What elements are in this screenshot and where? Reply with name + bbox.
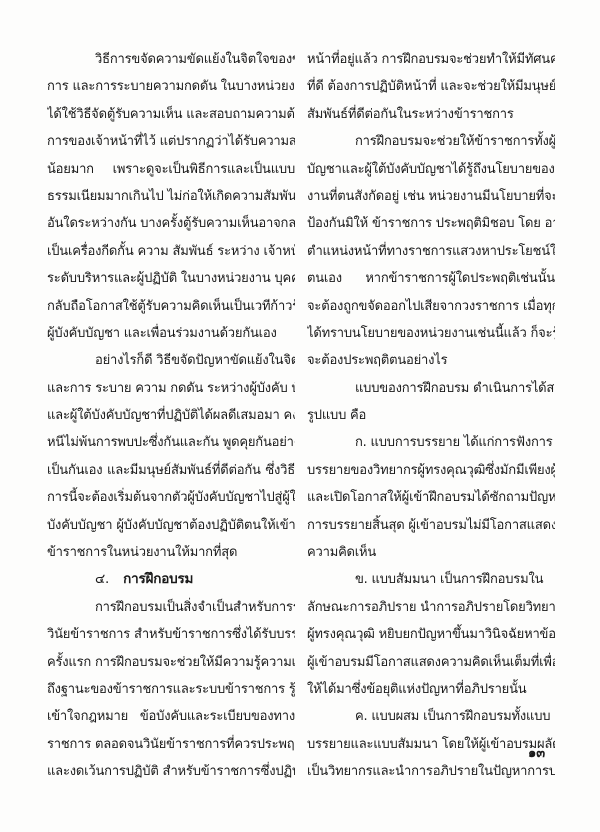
text-line: กลับถือโอกาสใช้ตู้รับความคิดเห็นเป็นเวที… [47, 293, 295, 320]
text-line: และการ ระบาย ความ กดดัน ระหว่างผู้บังคับ… [47, 375, 295, 402]
text-line: งานที่ตนสังกัดอยู่ เช่น หน่วยงานมีนโยบาย… [307, 183, 555, 210]
page-number: ๑๓ [528, 742, 545, 763]
text-line: ราชการ ตลอดจนวินัยข้าราชการที่ควรประพฤติ [47, 731, 295, 758]
text-line: สัมพันธ์ที่ดีต่อกันในระหว่างข้าราชการ [307, 101, 555, 128]
text-line: ผู้ทรงคุณวุฒิ หยิบยกปัญหาขึ้นมาวินิจฉัยห… [307, 621, 555, 648]
text-line: ป้องกันมิให้ ข้าราชการ ประพฤติมิชอบ โดย … [307, 210, 555, 237]
text-line: ก. แบบการบรรยาย ได้แก่การฟังการ [307, 429, 555, 456]
text-line: ผู้บังคับบัญชา และเพื่อนร่วมงานด้วยกันเอ… [47, 320, 295, 347]
text-line: และผู้ใต้บังคับบัญชาที่ปฏิบัติได้ผลดีเสม… [47, 402, 295, 429]
right-column: หน้าที่อยู่แล้ว การฝึกอบรมจะช่วยทำให้มีท… [307, 46, 555, 786]
text-line: ได้ใช้วิธีจัดตู้รับความเห็น และสอบถามควา… [47, 101, 295, 128]
section-number: ๔. [95, 571, 109, 587]
text-line: บังคับบัญชา ผู้บังคับบัญชาต้องปฏิบัติตนใ… [47, 512, 295, 539]
text-line: และงดเว้นการปฏิบัติ สำหรับข้าราชการซึ่งป… [47, 758, 295, 785]
text-line: ให้ได้มาซึ่งข้อยุติแห่งปัญหาที่อภิปรายนั… [307, 676, 555, 703]
text-line: การฝึกอบรมจะช่วยให้ข้าราชการทั้งผู้บังคั… [307, 128, 555, 155]
text-line: บัญชาและผู้ใต้บังคับบัญชาได้รู้ถึงนโยบาย… [307, 156, 555, 183]
text-line: เป็นกันเอง และมีมนุษย์สัมพันธ์ที่ดีต่อกั… [47, 457, 295, 484]
text-line: ลักษณะการอภิปราย นำการอภิปรายโดยวิทยากร [307, 594, 555, 621]
text-line: หน้าที่อยู่แล้ว การฝึกอบรมจะช่วยทำให้มีท… [307, 46, 555, 73]
text-line: รูปแบบ คือ [307, 402, 555, 429]
section-heading: ๔.การฝึกอบรม [47, 566, 295, 593]
text-line: ความคิดเห็น [307, 539, 555, 566]
text-line: เข้าใจกฎหมาย ข้อบังคับและระเบียบของทาง [47, 703, 295, 730]
text-line: อย่างไรก็ดี วิธีขจัดปัญหาขัดแย้งในจิตใจ [47, 347, 295, 374]
text-line: ระดับบริหารและผู้ปฏิบัติ ในบางหน่วยงาน บ… [47, 265, 295, 292]
text-line: อันใดระหว่างกัน บางครั้งตู้รับความเห็นอา… [47, 210, 295, 237]
text-line: การฝึกอบรมเป็นสิ่งจำเป็นสำหรับการรักษา [47, 594, 295, 621]
text-line: ธรรมเนียมมากเกินไป ไม่ก่อให้เกิดความสัมพ… [47, 183, 295, 210]
text-line: เป็นเครื่องกีดกั้น ความ สัมพันธ์ ระหว่าง… [47, 238, 295, 265]
text-line: แบบของการฝึกอบรม ดำเนินการได้สาม [307, 375, 555, 402]
text-line: การนี้จะต้องเริ่มต้นจากตัวผู้บังคับบัญชา… [47, 484, 295, 511]
text-line: หนีไม่พ้นการพบปะซึ่งกันและกัน พูดคุยกันอ… [47, 429, 295, 456]
document-page: วิธีการขจัดความขัดแย้งในจิตใจของข้าราช-ก… [0, 0, 600, 832]
text-line: ถึงฐานะของข้าราชการและระบบข้าราชการ รู้แ… [47, 676, 295, 703]
text-line: ที่ดี ต้องการปฏิบัติหน้าที่ และจะช่วยให้… [307, 73, 555, 100]
left-column: วิธีการขจัดความขัดแย้งในจิตใจของข้าราช-ก… [47, 46, 295, 786]
text-line: การ และการระบายความกดดัน ในบางหน่วยงาน [47, 73, 295, 100]
text-line: จะต้องประพฤติตนอย่างไร [307, 347, 555, 374]
text-line: ตำแหน่งหน้าที่ทางราชการแสวงหาประโยชน์ให้… [307, 238, 555, 265]
text-line: วินัยข้าราชการ สำหรับข้าราชการซึ่งได้รับ… [47, 621, 295, 648]
text-line: วิธีการขจัดความขัดแย้งในจิตใจของข้าราช- [47, 46, 295, 73]
text-line: ค. แบบผสม เป็นการฝึกอบรมทั้งแบบ [307, 703, 555, 730]
text-line: ข้าราชการในหน่วยงานให้มากที่สุด [47, 539, 295, 566]
text-line: การบรรยายสิ้นสุด ผู้เข้าอบรมไม่มีโอกาสแส… [307, 512, 555, 539]
text-line: เป็นวิทยากรและนำการอภิปรายในปัญหาการปฏิบ… [307, 758, 555, 785]
text-line: ได้ทราบนโยบายของหน่วยงานเช่นนี้แล้ว ก็จะ… [307, 320, 555, 347]
text-line: ครั้งแรก การฝึกอบรมจะช่วยให้มีความรู้ควา… [47, 649, 295, 676]
text-line: และเปิดโอกาสให้ผู้เข้าฝึกอบรมได้ซักถามปั… [307, 484, 555, 511]
text-line: ผู้เข้าอบรมมีโอกาสแสดงความคิดเห็นเต็มที่… [307, 649, 555, 676]
text-line: บรรยายของวิทยากรผู้ทรงคุณวุฒิซึ่งมักมีเพ… [307, 457, 555, 484]
section-title: การฝึกอบรม [123, 571, 193, 587]
text-line: น้อยมาก เพราะดูจะเป็นพิธีการและเป็นแบบ [47, 156, 295, 183]
text-line: ข. แบบสัมมนา เป็นการฝึกอบรมใน [307, 566, 555, 593]
text-line: บรรยายและแบบสัมมนา โดยให้ผู้เข้าอบรมผลัด… [307, 731, 555, 758]
text-line: ตนเอง หากข้าราชการผู้ใดประพฤติเช่นนั้น [307, 265, 555, 292]
text-line: จะต้องถูกขจัดออกไปเสียจากวงราชการ เมื่อท… [307, 293, 555, 320]
text-line: การของเจ้าหน้าที่ไว้ แต่ปรากฏว่าได้รับคว… [47, 128, 295, 155]
